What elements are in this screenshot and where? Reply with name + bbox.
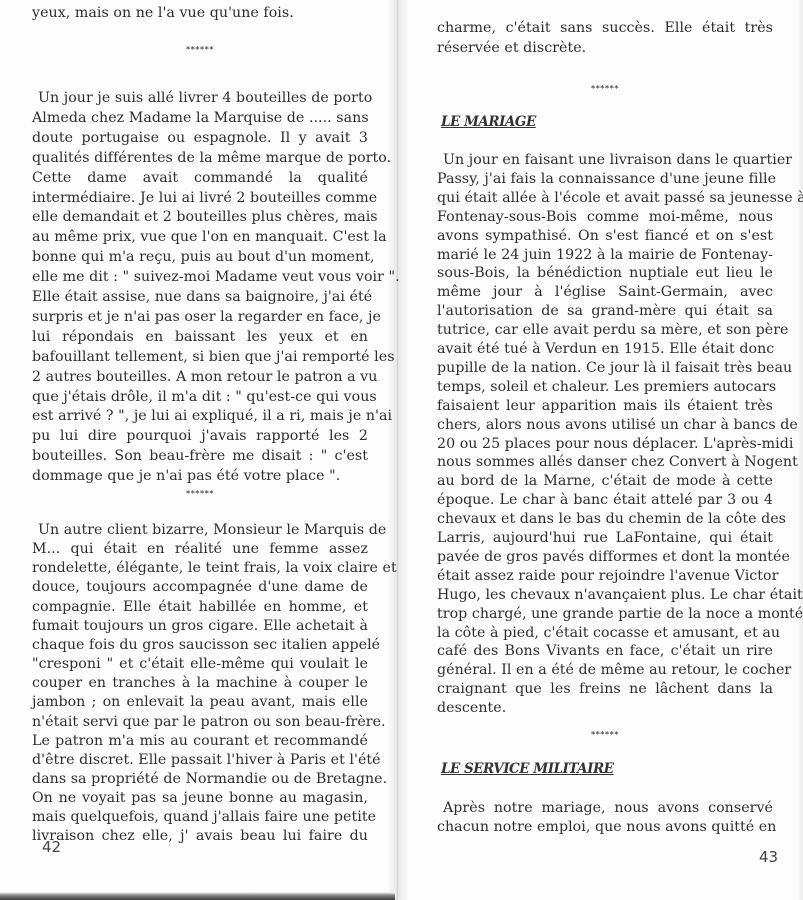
text-line: Un jour en faisant une livraison dans le…: [437, 150, 773, 170]
text-line: réservée et discrète.: [437, 38, 773, 58]
text-line: 2 autres bouteilles. A mon retour le pat…: [32, 367, 368, 387]
text-line: trop chargé, une grande partie de la noc…: [437, 604, 773, 624]
text-line: pupille de la nation. Ce jour là il fais…: [437, 358, 773, 378]
text-line: l'autorisation de sa grand-mère qui étai…: [437, 301, 773, 321]
text-line: café des Bons Vivants en face, c'était u…: [437, 641, 773, 661]
text-line: marié le 24 juin 1922 à la mairie de Fon…: [437, 245, 773, 265]
text-line: surpris et je n'ai pas oser la regarder …: [32, 307, 368, 327]
text-line: chers, alors nous avons utilisé un char …: [437, 415, 773, 435]
text-line: général. Il en a été de même au retour, …: [437, 660, 773, 680]
text-line: tutrice, car elle avait perdu sa mère, e…: [437, 320, 773, 340]
text-line: compagnie. Elle était habillée en homme,…: [32, 597, 368, 617]
text-line: Passy, j'ai fais la connaissance d'une j…: [437, 169, 773, 189]
text-line: Le patron m'a mis au courant et recomman…: [32, 731, 368, 751]
text-line: rondelette, élégante, le teint frais, la…: [32, 558, 368, 578]
section-heading: LE SERVICE MILITAIRE: [441, 761, 613, 777]
text-line: doute portugaise ou espagnole. Il y avai…: [32, 128, 368, 148]
text-line: bonne qui m'a reçu, puis au bout d'un mo…: [32, 247, 368, 267]
text-line: M... qui était en réalité une femme asse…: [32, 539, 368, 559]
text-line: dans sa propriété de Normandie ou de Bre…: [32, 769, 368, 789]
page-number: 42: [42, 838, 61, 856]
text-line: mais quelquefois, quand j'allais faire u…: [32, 807, 368, 827]
text-line: elle me dit : " suivez-moi Madame veut v…: [32, 267, 368, 287]
text-line: avait été tué à Verdun en 1915. Elle éta…: [437, 339, 773, 359]
text-line: charme, c'était sans succès. Elle était …: [437, 18, 773, 38]
text-line: intermédiaire. Je lui ai livré 2 bouteil…: [32, 188, 368, 208]
book-spread: yeux, mais on ne l'a vue qu'une fois. **…: [0, 0, 803, 900]
text-line: couper en tranches à la machine à couper…: [32, 673, 368, 693]
text-line: Cette dame avait commandé la qualité: [32, 168, 368, 188]
section-separator: ******: [437, 730, 773, 739]
text-line: Larris, aujourd'hui rue LaFontaine, qui …: [437, 528, 773, 548]
text-line: Après notre mariage, nous avons conservé: [437, 798, 773, 818]
gutter-shadow: [388, 0, 410, 900]
gutter-line: [397, 0, 398, 900]
text-line: d'être discret. Elle passait l'hiver à P…: [32, 750, 368, 770]
text-line: fumait toujours un gros cigare. Elle ach…: [32, 616, 368, 636]
text-line: au bord de la Marne, c'était de mode à c…: [437, 471, 773, 491]
text-line: "cresponi " et c'était elle-même qui vou…: [32, 654, 368, 674]
bottom-page-edge: [0, 892, 395, 900]
text-line: Fontenay-sous-Bois comme moi-même, nous: [437, 207, 773, 227]
page-edge: [798, 0, 803, 900]
text-line: Almeda chez Madame la Marquise de ..... …: [32, 108, 368, 128]
text-line: bouteilles. Son beau-frère me disait : "…: [32, 446, 368, 466]
text-line: dommage que je n'ai pas été votre place …: [32, 466, 368, 486]
text-line: est arrivé ? ", je lui ai expliqué, il a…: [32, 406, 368, 426]
text-line: jambon ; on enlevait la peau avant, mais…: [32, 692, 368, 712]
text-line: On ne voyait pas sa jeune bonne au magas…: [32, 788, 368, 808]
section-separator: ******: [437, 84, 773, 93]
text-line: chaque fois du gros saucisson sec italie…: [32, 635, 368, 655]
text-line: 20 ou 25 places pour nous déplacer. L'ap…: [437, 434, 773, 454]
text-line: Hugo, les chevaux n'avançaient plus. Le …: [437, 585, 773, 605]
text-line: yeux, mais on ne l'a vue qu'une fois.: [32, 3, 368, 23]
text-line: Un jour je suis allé livrer 4 bouteilles…: [32, 88, 368, 108]
text-line: Elle était assise, nue dans sa baignoire…: [32, 287, 368, 307]
text-line: chacun notre emploi, que nous avons quit…: [437, 817, 773, 837]
text-line: la côte à pied, c'était cocasse et amusa…: [437, 623, 773, 643]
text-line: douce, toujours accompagnée d'une dame d…: [32, 577, 368, 597]
text-line: elle demandait et 2 bouteilles plus chèr…: [32, 207, 368, 227]
text-line: chevaux et dans le bas du chemin de la c…: [437, 509, 773, 529]
text-line: nous sommes allés danser chez Convert à …: [437, 452, 773, 472]
text-line: que j'étais drôle, il m'a dit : " qu'est…: [32, 387, 368, 407]
text-line: pu lui dire pourquoi j'avais rapporté le…: [32, 426, 368, 446]
text-line: craignant que les freins ne lâchent dans…: [437, 679, 773, 699]
text-line: pavée de gros pavés difformes et dont la…: [437, 547, 773, 567]
text-line: faisaient leur apparition mais ils étaie…: [437, 396, 773, 416]
text-line: temps, soleil et chaleur. Les premiers a…: [437, 377, 773, 397]
section-separator: ******: [32, 45, 368, 54]
text-line: sous-Bois, la bénédiction nuptiale eut l…: [437, 263, 773, 283]
text-line: avons sympathisé. On s'est fiancé et on …: [437, 226, 773, 246]
section-separator: ******: [32, 489, 368, 498]
text-line: époque. Le char à banc était attelé par …: [437, 490, 773, 510]
text-line: Un autre client bizarre, Monsieur le Mar…: [32, 520, 368, 540]
text-line: lui répondais en baissant les yeux et en: [32, 327, 368, 347]
text-line: était assez raide pour rejoindre l'avenu…: [437, 566, 773, 586]
text-line: qui était allée à l'école et avait passé…: [437, 188, 773, 208]
text-line: descente.: [437, 698, 773, 718]
text-line: qualités différentes de la même marque d…: [32, 148, 368, 168]
section-heading: LE MARIAGE: [441, 114, 536, 130]
text-line: livraison chez elle, j' avais beau lui f…: [32, 826, 368, 846]
text-line: n'était servi que par le patron ou son b…: [32, 712, 368, 732]
text-line: au même prix, vue que l'on en manquait. …: [32, 227, 368, 247]
text-line: bafouillant tellement, si bien que j'ai …: [32, 347, 368, 367]
text-line: même jour à l'église Saint-Germain, avec: [437, 282, 773, 302]
page-number: 43: [759, 848, 778, 866]
